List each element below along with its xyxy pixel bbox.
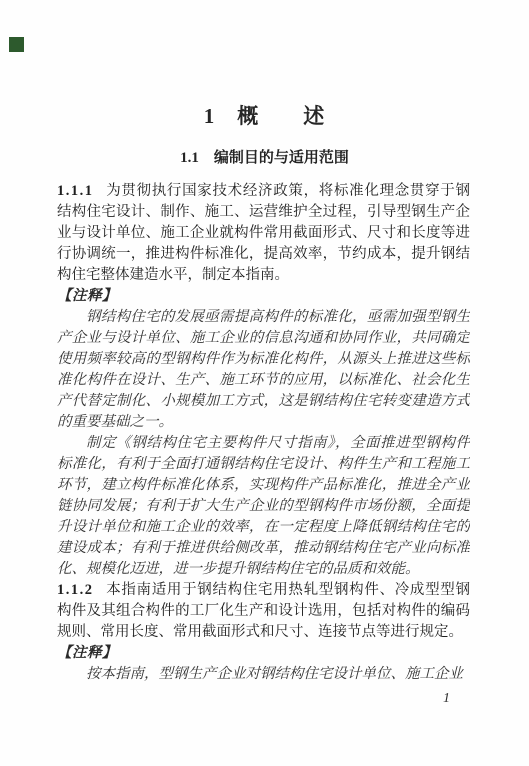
clause-paragraph: 1.1.1为贯彻执行国家技术经济政策，将标准化理念贯穿于钢结构住宅设计、制作、施… bbox=[57, 181, 470, 286]
text-line: 按本指南，型钢生产企业对钢结构住宅设计单位、施工企业 bbox=[57, 664, 470, 685]
text-body: 1.1.1为贯彻执行国家技术经济政策，将标准化理念贯穿于钢结构住宅设计、制作、施… bbox=[57, 181, 470, 685]
text-line: 构住宅整体建造水平，制定本指南。 bbox=[57, 265, 470, 286]
text-line: 化、规模化迈进，进一步提升钢结构住宅的品质和效能。 bbox=[57, 559, 470, 580]
text-line: 行协调统一，推进构件标准化，提高效率，节约成本，提升钢结 bbox=[57, 244, 470, 265]
section-title: 1.1 编制目的与适用范围 bbox=[0, 148, 529, 168]
text-line: 构件及其组合构件的工厂化生产和设计选用，包括对构件的编码 bbox=[57, 601, 470, 622]
text-line: 制定《钢结构住宅主要构件尺寸指南》，全面推进型钢构件 bbox=[57, 433, 470, 454]
text-line: 结构住宅设计、制作、施工、运营维护全过程，引导型钢生产企 bbox=[57, 202, 470, 223]
note-label-text: 【注释】 bbox=[57, 286, 470, 307]
text-line: 准化构件在设计、生产、施工环节的应用，以标准化、社会化生 bbox=[57, 370, 470, 391]
text-line: 的重要基础之一。 bbox=[57, 412, 470, 433]
text-line: 业与设计单位、施工企业就构件常用截面形式、尺寸和长度等进 bbox=[57, 223, 470, 244]
page-number: 1 bbox=[57, 691, 470, 707]
text-line: 使用频率较高的型钢构件作为标准化构件，从源头上推进这些标 bbox=[57, 349, 470, 370]
text-line: 标准化，有利于全面打通钢结构住宅设计、构件生产和工程施工 bbox=[57, 454, 470, 475]
text-line: 1.1.2本指南适用于钢结构住宅用热轧型钢构件、冷成型型钢 bbox=[57, 580, 470, 601]
text-line: 升设计单位和施工企业的效率，在一定程度上降低钢结构住宅的 bbox=[57, 517, 470, 538]
clause-paragraph: 1.1.2本指南适用于钢结构住宅用热轧型钢构件、冷成型型钢构件及其组合构件的工厂… bbox=[57, 580, 470, 643]
note-label-text: 【注释】 bbox=[57, 643, 470, 664]
chapter-title: 1 概 述 bbox=[0, 103, 529, 130]
note-label: 【注释】 bbox=[57, 286, 470, 307]
text-line: 环节，建立构件标准化体系，实现构件产品标准化，推进全产业 bbox=[57, 475, 470, 496]
clause-number: 1.1.2 bbox=[57, 582, 94, 598]
text-line: 建设成本；有利于推进供给侧改革，推动钢结构住宅产业向标准 bbox=[57, 538, 470, 559]
text-line: 钢结构住宅的发展亟需提高构件的标准化，亟需加强型钢生 bbox=[57, 307, 470, 328]
text-line: 链协同发展；有利于扩大生产企业的型钢构件市场份额，全面提 bbox=[57, 496, 470, 517]
text-line: 规则、常用长度、常用截面形式和尺寸、连接节点等进行规定。 bbox=[57, 622, 470, 643]
text-line: 1.1.1为贯彻执行国家技术经济政策，将标准化理念贯穿于钢 bbox=[57, 181, 470, 202]
clause-number: 1.1.1 bbox=[57, 183, 94, 199]
text-line: 产企业与设计单位、施工企业的信息沟通和协同作业，共同确定 bbox=[57, 328, 470, 349]
note-label: 【注释】 bbox=[57, 643, 470, 664]
clause-text: 本指南适用于钢结构住宅用热轧型钢构件、冷成型型钢 bbox=[106, 582, 471, 598]
document-page: 1 概 述 1.1 编制目的与适用范围 1.1.1为贯彻执行国家技术经济政策，将… bbox=[0, 0, 529, 766]
clause-text: 为贯彻执行国家技术经济政策，将标准化理念贯穿于钢 bbox=[106, 183, 471, 199]
note-paragraph: 按本指南，型钢生产企业对钢结构住宅设计单位、施工企业 bbox=[57, 664, 470, 685]
note-paragraph: 钢结构住宅的发展亟需提高构件的标准化，亟需加强型钢生产企业与设计单位、施工企业的… bbox=[57, 307, 470, 433]
corner-marker bbox=[9, 37, 24, 52]
note-paragraph: 制定《钢结构住宅主要构件尺寸指南》，全面推进型钢构件标准化，有利于全面打通钢结构… bbox=[57, 433, 470, 580]
text-line: 产代替定制化、小规模加工方式，这是钢结构住宅转变建造方式 bbox=[57, 391, 470, 412]
